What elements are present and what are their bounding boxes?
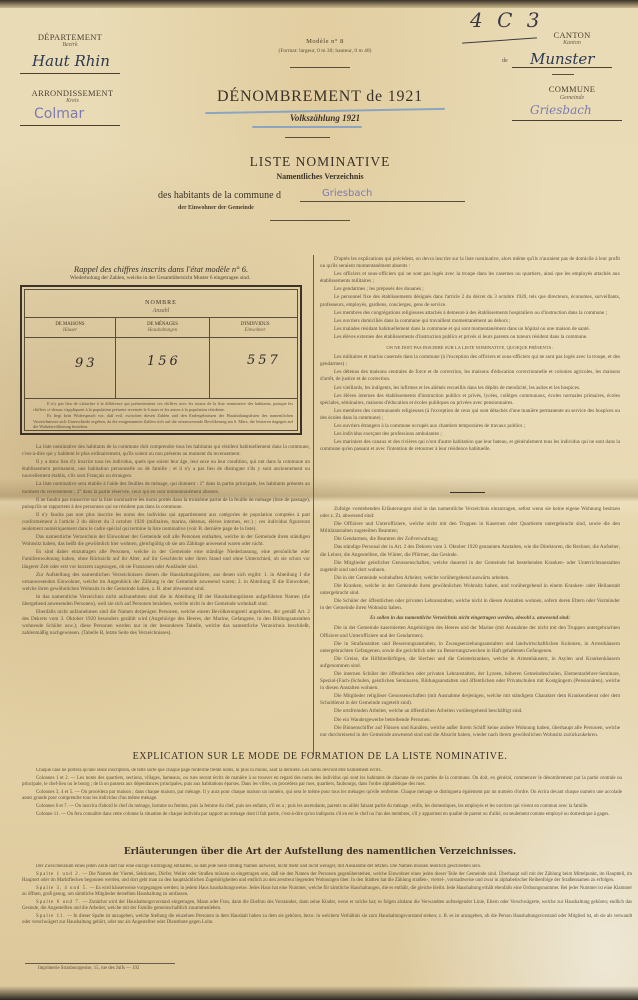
canton-label: Canton (532, 30, 612, 40)
arrondissement-label: Arrondissement (20, 88, 125, 98)
commune-value: Griesbach (530, 103, 592, 117)
paragraph: La liste nominative sera établie à l'aid… (22, 481, 310, 495)
list-item: Die ein Wandergewerbe betreibende Person… (320, 717, 620, 724)
erlaeuterungen-body: Der Zwischenraum eines jeden Zeile darf … (22, 864, 632, 944)
paragraph-de: Das namentliche Verzeichnis der Einwohne… (22, 534, 310, 548)
paragraph: La liste nominative des habitants de la … (22, 444, 310, 458)
list-item: Das ständige Personal der in Art. 2 des … (320, 544, 620, 558)
item-text: — On procédera par maison ; dans chaque … (22, 790, 622, 802)
table-rule (25, 398, 297, 399)
explication-item: Colonnes 6 et 7. — On inscrira d'abord l… (22, 804, 622, 811)
commune-field: Griesbach (512, 103, 622, 121)
page-subtitle-de: Volkszählung 1921 (240, 113, 410, 123)
left-instructions: La liste nominative des habitants de la … (22, 444, 310, 764)
section-heading: Es sollen in das namentliche Verzeichnis… (320, 615, 620, 622)
item-text: — On fera connaître dans cette colonne l… (61, 812, 610, 817)
rappel-title-de: Wiederholung der Zahlen, welche in der G… (10, 275, 310, 281)
item-text: — In dieser Spalte ist anzugeben, welche… (22, 914, 632, 926)
rappel-note-fr: Il n'y pas lieu de s'attacher à la diffé… (33, 401, 293, 412)
menages-count: 156 (147, 354, 181, 369)
footer-rule (25, 963, 175, 964)
nombre-header-de: Anzahl (25, 308, 297, 314)
col-individus-header-de: Einwohner (210, 328, 300, 333)
paragraph: Il n'y faudra pas non plus inscrire les … (22, 512, 310, 533)
blue-pencil-underline (252, 126, 362, 128)
departement-field: Haut Rhin (20, 52, 120, 74)
list-item: Les élèves externes des établissements d… (320, 334, 620, 341)
list-item: Les mariniers des canaux et des rivières… (320, 439, 620, 453)
list-item: Le personnel fixe des établissements dés… (320, 294, 620, 308)
list-item: Die Greise, die Hilfsbedürftigen, die Si… (320, 656, 620, 670)
list-item: Les élèves internes des établissements d… (320, 393, 620, 407)
list-item: Les vieillards, les indigents, les infir… (320, 385, 620, 392)
arrondissement-field: Colmar (20, 106, 120, 126)
paragraph-de: In das namentliche Verzeichnis nicht auf… (22, 594, 310, 608)
maisons-count: 93 (75, 356, 98, 371)
paragraph: D'après les explications qui précèdent, … (320, 256, 620, 270)
divider (285, 137, 330, 138)
item-label: Colonnes 1 et 2. (36, 776, 69, 781)
rappel-note: Il n'y pas lieu de s'attacher à la diffé… (33, 401, 293, 431)
modele-label: Modèle n° 8 (250, 38, 400, 45)
paragraph: Chaque case ne portera qu'une seule insc… (22, 768, 622, 775)
divider (552, 74, 574, 75)
explication-body: Chaque case ne portera qu'une seule insc… (22, 768, 622, 836)
table-rule (25, 337, 297, 338)
item-label: Spalte 1 und 2. (36, 872, 81, 877)
paragraph-de: Zur Aufstellung des namentlichen Verzeic… (22, 572, 310, 593)
item-label: Spalte 3, 4 und 5. (36, 886, 88, 891)
item-text: — Les noms des quartiers, sections, vill… (22, 776, 622, 788)
list-item: Les membres des communautés religieuses … (320, 408, 620, 422)
table-rule (25, 317, 297, 318)
list-item: Les détenus des maisons centrales de for… (320, 369, 620, 383)
nombre-header: Nombre (25, 300, 297, 306)
col-maisons-header: de maisons (25, 322, 115, 327)
list-item: Les individus exerçant des professions a… (320, 431, 620, 438)
list-item: Die in der Gemeinde kasernierten Angehör… (320, 625, 620, 639)
canton-value: Munster (530, 50, 594, 68)
item-text: — On inscrira d'abord le chef du ménage,… (69, 804, 588, 809)
arrondissement-label-de: Kreis (25, 98, 120, 104)
divider (270, 220, 350, 221)
col-maisons-header-de: Häuser (25, 328, 115, 333)
divider (450, 492, 485, 493)
commune-line (300, 201, 465, 202)
paragraph-de: Es sind daher einzutragen alle Personen,… (22, 549, 310, 570)
list-item: Die Mitglieder religiöser Genossenschaft… (320, 693, 620, 707)
list-item: Les officiers et sous-officiers qui ne s… (320, 271, 620, 285)
erlaeuterungen-title: Erläuterungen über die Art der Aufstellu… (60, 847, 580, 857)
paragraph: Il y a donc lieu d'y inscrire tous les i… (22, 459, 310, 480)
list-item: Die ortsfremden Arbeiter, welche an öffe… (320, 708, 620, 715)
list-title: LISTE NOMINATIVE (210, 154, 430, 170)
printer-imprint: Imprimerie Strasbourgeoise, 15, rue des … (38, 966, 139, 971)
arrondissement-value: Colmar (34, 106, 84, 122)
archive-reference: 4 C 3 (470, 8, 543, 32)
paragraph-de: Ebenfalls nicht aufzunehmen sind die Nam… (22, 609, 310, 637)
list-item: Les militaires et marins casernés dans l… (320, 354, 620, 368)
list-item: Les membres des congrégations religieuse… (320, 310, 620, 317)
rappel-table: Nombre Anzahl de maisons Häuser de ménag… (20, 285, 302, 435)
paper-top-edge (0, 0, 638, 8)
list-item: Les ouvriers étrangers à la commune occu… (320, 423, 620, 430)
item-text: — Die Namen der Viertel, Sektionen, Dörf… (22, 872, 632, 884)
rappel-note-de: Es liegt kein Widerspruch vor, daß evtl.… (33, 413, 293, 430)
paragraph: Der Zwischenraum eines jeden Zeile darf … (22, 864, 632, 871)
list-item: Die Offiziere und Unteroffiziere, welche… (320, 521, 620, 535)
page-title: DÉNOMBREMENT de 1921 (190, 88, 450, 106)
explication-title: EXPLICATION SUR LE MODE DE FORMATION DE … (60, 751, 580, 762)
habitants-commune-value: Griesbach (322, 188, 372, 199)
canton-label-de: Kanton (532, 40, 612, 46)
erlaeuterungen-item: Spalte 3, 4 und 5. — Es wird häuserweise… (22, 886, 632, 899)
item-label: Spalte 6 und 7. (36, 900, 81, 905)
item-label: Colonnes 6 et 7. (36, 804, 68, 809)
erlaeuterungen-item: Spalte 6 und 7. — Zunächst wird der Haus… (22, 900, 632, 913)
reference-underline (462, 37, 537, 43)
list-item: Die Gendarmen, die Beamten der Zollverwa… (320, 536, 620, 543)
canton-field: Munster (512, 50, 612, 68)
col-menages-header-de: Haushaltungen (116, 328, 209, 333)
habitants-label: des habitants de la commune d (158, 190, 281, 201)
item-label: Colonne 11. (36, 812, 60, 817)
list-item: Die Kranken, welche in der Gemeinde ihre… (320, 583, 620, 597)
erlaeuterungen-item: Spalte 1 und 2. — Die Namen der Viertel,… (22, 872, 632, 885)
list-item: Die Schüler der öffentlichen oder privat… (320, 598, 620, 612)
paragraph: Il ne faudra pas transcrire sur la liste… (22, 497, 310, 511)
list-title-de: Namentliches Verzeichnis (210, 172, 430, 181)
list-item: Les gendarmes ; les préposés des douanes… (320, 286, 620, 293)
modele-format: (Format: largeur, 0 m 30; hauteur, 0 m 4… (235, 48, 415, 54)
departement-label: Département (25, 32, 115, 42)
departement-label-de: Bezirk (25, 42, 115, 48)
paper-bottom-edge (0, 986, 638, 1000)
habitants-label-de: der Einwohner der Gemeinde (178, 205, 254, 211)
divider (290, 67, 350, 68)
list-item: Die in Strafanstalten und Besserungsanst… (320, 641, 620, 655)
item-label: Spalte 11. (36, 914, 66, 919)
departement-value: Haut Rhin (32, 52, 110, 70)
individus-count: 557 (247, 353, 281, 368)
section-heading: On ne doit pas inscrire sur la liste nom… (320, 344, 620, 351)
commune-label: Commune (532, 84, 612, 94)
col-menages-header: de ménages (116, 322, 209, 327)
paragraph: Zufolge vorstehenden Erläuterungen sind … (320, 506, 620, 520)
rappel-title: Rappel des chiffres inscrits dans l'état… (20, 264, 302, 274)
erlaeuterungen-item: Spalte 11. — In dieser Spalte ist anzuge… (22, 914, 632, 927)
list-item: Die in der Gemeinde wohnhaften Arbeiter,… (320, 575, 620, 582)
explication-item: Colonnes 1 et 2. — Les noms des quartier… (22, 776, 622, 789)
item-text: — Es wird häuserweise vorgegangen werden… (22, 886, 632, 898)
explication-item: Colonne 11. — On fera connaître dans cet… (22, 812, 622, 819)
list-item: Les malades résidant habituellement dans… (320, 326, 620, 333)
right-instructions-de: Zufolge vorstehenden Erläuterungen sind … (320, 506, 620, 756)
col-individus-header: d'individus (210, 322, 300, 327)
commune-label-de: Gemeinde (532, 95, 612, 101)
list-item: Die Binnenschiffer auf Flüssen und Kanäl… (320, 725, 620, 739)
item-label: Colonnes 3, 4 et 5. (36, 790, 73, 795)
list-item: Die internen Schüler der öffentlichen od… (320, 671, 620, 692)
item-text: — Zunächst wird der Haushaltungsvorstand… (22, 900, 632, 912)
scanned-census-form: Département Bezirk Haut Rhin Arrondissem… (0, 0, 638, 1000)
right-instructions-fr: D'après les explications qui précèdent, … (320, 256, 620, 496)
list-item: Les ouvriers domiciliés dans la commune … (320, 318, 620, 325)
canton-prefix: de (502, 58, 508, 64)
explication-item: Colonnes 3, 4 et 5. — On procédera par m… (22, 790, 622, 803)
column-divider (313, 255, 314, 755)
list-item: Die Mitglieder geistlicher Genossenschaf… (320, 560, 620, 574)
